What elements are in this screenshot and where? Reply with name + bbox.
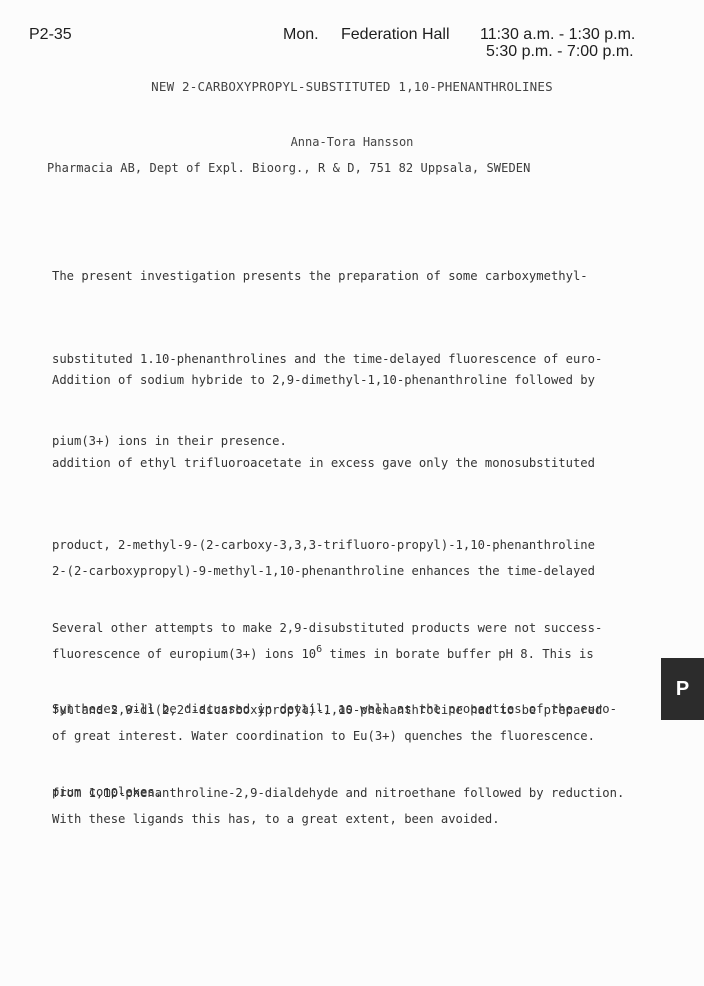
- session-time-2: 5:30 p.m. - 7:00 p.m.: [486, 43, 634, 61]
- text-line: Addition of sodium hybride to 2,9-dimeth…: [52, 367, 624, 395]
- paragraph-conclusion: Syntheses will be discussed in detail, a…: [52, 641, 617, 834]
- session-id: P2-35: [29, 26, 72, 44]
- session-time-1: 11:30 a.m. - 1:30 p.m.: [480, 26, 635, 44]
- session-day: Mon.: [283, 26, 319, 44]
- abstract-title: NEW 2-CARBOXYPROPYL-SUBSTITUTED 1,10-PHE…: [0, 79, 704, 94]
- text-line: pium complexes.: [52, 779, 617, 807]
- text-line: 2-(2-carboxypropyl)-9-methyl-1,10-phenan…: [52, 558, 595, 586]
- section-tab-poster: P: [661, 658, 704, 720]
- text-line: addition of ethyl trifluoroacetate in ex…: [52, 450, 624, 478]
- text-line: The present investigation presents the p…: [52, 263, 602, 291]
- author-name: Anna-Tora Hansson: [0, 135, 704, 149]
- author-affiliation: Pharmacia AB, Dept of Expl. Bioorg., R &…: [47, 161, 530, 175]
- text-line: Syntheses will be discussed in detail, a…: [52, 696, 617, 724]
- session-venue: Federation Hall: [341, 26, 450, 44]
